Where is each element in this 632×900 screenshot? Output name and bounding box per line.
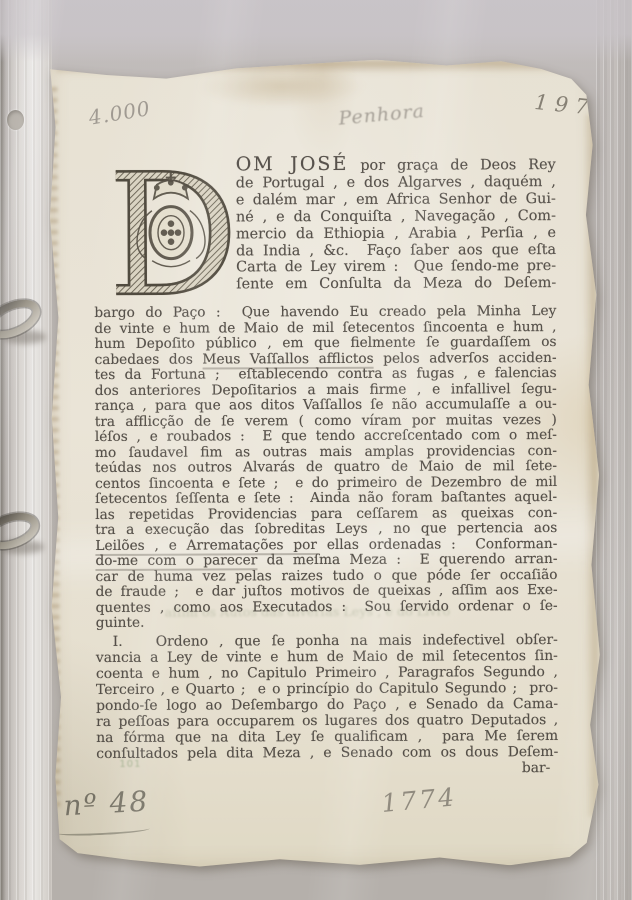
opening-lines: OM JOSÉ por graça de Deos Rey de Portuga… <box>236 155 557 294</box>
text-run: por graça de Deos Rey <box>348 157 555 174</box>
handwritten-item-number: nº 48 <box>63 785 150 823</box>
text-run: pelos adverſos acciden- <box>374 349 557 366</box>
text-run: cabedaes dos <box>95 351 203 367</box>
handwritten-underline <box>57 825 149 837</box>
binder-ring-icon <box>0 292 48 346</box>
document-page: 4.000 Penhora 197 nº 48 1774 101 aſſim o… <box>46 55 602 869</box>
sleeve-left-fold <box>0 0 52 900</box>
text-line: conſultados pela dita Meza , e Senado co… <box>96 744 558 762</box>
text-run: ellas ordenadas : Conforman- <box>317 535 557 552</box>
paper-stain <box>196 64 366 109</box>
text-line: I. Ordeno , que ſe ponha na mais indefec… <box>96 631 558 649</box>
deckled-edge-left <box>48 87 60 809</box>
text-line: quentes , como aos Executados : Sou ſerv… <box>96 598 558 616</box>
text-run: quentes , como aos Executados : Sou ſerv… <box>96 597 558 615</box>
text-line: e dalém mar , em Africa Senhor de Gui- <box>236 191 556 209</box>
opening-paragraph: D <box>94 155 557 305</box>
text-line: vancia a Ley de vinte e hum de Maio de m… <box>96 648 558 666</box>
deckled-edge-right <box>582 115 598 817</box>
text-line: mercio da Ethiopia , Arabia , Perſia , e <box>236 225 556 243</box>
binder-ring-icon <box>0 504 46 558</box>
text-line: Carta de Ley virem : Que ſendo-me pre- <box>236 258 556 276</box>
printed-text-block: D <box>94 155 559 779</box>
text-line: guinte. <box>96 614 558 632</box>
document-page-wrapper: 4.000 Penhora 197 nº 48 1774 101 aſſim o… <box>48 56 600 868</box>
text-run: guinte. <box>96 615 145 631</box>
sleeve-right-edge <box>596 0 632 900</box>
text-line: coenta e hum , no Capitulo Primeiro , Pa… <box>96 664 558 682</box>
text-run: OM JOSÉ <box>236 153 349 175</box>
text-line: né , e da Conquiſta , Navegação , Com- <box>236 208 556 226</box>
body-paragraph: bargo do Paço : Que havendo Eu creado pe… <box>94 304 557 632</box>
handwritten-folio-number: 197 <box>533 90 596 120</box>
text-line: de Portugal , e dos Algarves , daquém , <box>236 174 556 192</box>
text-line: Terceiro , e Quarto ; e o princípio do C… <box>96 680 558 698</box>
text-line: pondo-ſe logo ao Deſembargo do Paço , e … <box>96 696 558 714</box>
photo-of-archival-document: 4.000 Penhora 197 nº 48 1774 101 aſſim o… <box>0 0 632 900</box>
illuminated-initial-D: D <box>116 160 233 307</box>
handwritten-price: 4.000 <box>87 96 152 130</box>
section-one-paragraph: I. Ordeno , que ſe ponha na mais indefec… <box>96 631 559 779</box>
handwritten-year: 1774 <box>380 782 458 818</box>
text-line: da India , &c. Faço ſaber aos que eſta <box>236 242 556 260</box>
text-line: OM JOSÉ por graça de Deos Rey <box>236 155 556 175</box>
catchword: bar- <box>96 760 558 779</box>
text-line: ſente em Conſulta da Meza do Deſem- <box>236 275 556 293</box>
sleeve-punch-hole <box>7 110 24 130</box>
text-line: na fórma que na dita Ley ſe qualificam ,… <box>96 728 558 746</box>
